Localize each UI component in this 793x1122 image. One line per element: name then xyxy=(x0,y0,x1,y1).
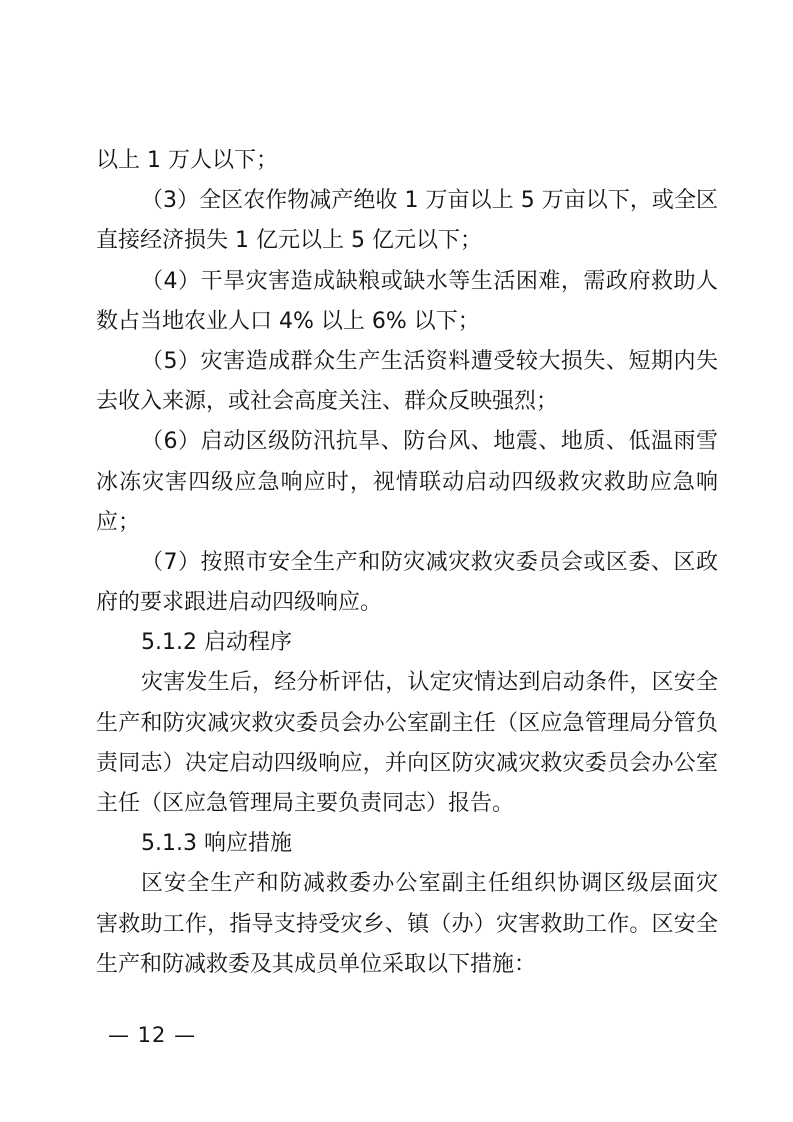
text-line: 区安全生产和防减救委办公室副主任组织协调区级层面灾 xyxy=(96,864,718,904)
document-body: 以上 1 万人以下；（3）全区农作物减产绝收 1 万亩以上 5 万亩以下，或全区… xyxy=(96,141,718,985)
text-line: 直接经济损失 1 亿元以上 5 亿元以下； xyxy=(96,221,718,261)
text-line: 生产和防减救委及其成员单位采取以下措施： xyxy=(96,945,718,985)
text-line: 应； xyxy=(96,503,718,543)
text-line: 灾害发生后，经分析评估，认定灾情达到启动条件，区安全 xyxy=(96,663,718,703)
page-number: — 12 — xyxy=(108,1023,196,1047)
text-line: 责同志）决定启动四级响应，并向区防灾减灾救灾委员会办公室 xyxy=(96,744,718,784)
text-line: 府的要求跟进启动四级响应。 xyxy=(96,583,718,623)
text-line: 5.1.2 启动程序 xyxy=(96,623,718,663)
document-page: 以上 1 万人以下；（3）全区农作物减产绝收 1 万亩以上 5 万亩以下，或全区… xyxy=(0,0,793,1122)
text-line: 数占当地农业人口 4% 以上 6% 以下； xyxy=(96,302,718,342)
text-line: 5.1.3 响应措施 xyxy=(96,824,718,864)
text-line: 冰冻灾害四级应急响应时，视情联动启动四级救灾救助应急响 xyxy=(96,463,718,503)
text-line: 去收入来源，或社会高度关注、群众反映强烈； xyxy=(96,382,718,422)
text-line: （3）全区农作物减产绝收 1 万亩以上 5 万亩以下，或全区 xyxy=(96,181,718,221)
text-line: （7）按照市安全生产和防灾减灾救灾委员会或区委、区政 xyxy=(96,543,718,583)
text-line: （4）干旱灾害造成缺粮或缺水等生活困难，需政府救助人 xyxy=(96,262,718,302)
text-line: 主任（区应急管理局主要负责同志）报告。 xyxy=(96,784,718,824)
text-line: （5）灾害造成群众生产生活资料遭受较大损失、短期内失 xyxy=(96,342,718,382)
text-line: 以上 1 万人以下； xyxy=(96,141,718,181)
text-line: 生产和防灾减灾救灾委员会办公室副主任（区应急管理局分管负 xyxy=(96,704,718,744)
text-line: （6）启动区级防汛抗旱、防台风、地震、地质、低温雨雪 xyxy=(96,422,718,462)
text-line: 害救助工作，指导支持受灾乡、镇（办）灾害救助工作。区安全 xyxy=(96,905,718,945)
